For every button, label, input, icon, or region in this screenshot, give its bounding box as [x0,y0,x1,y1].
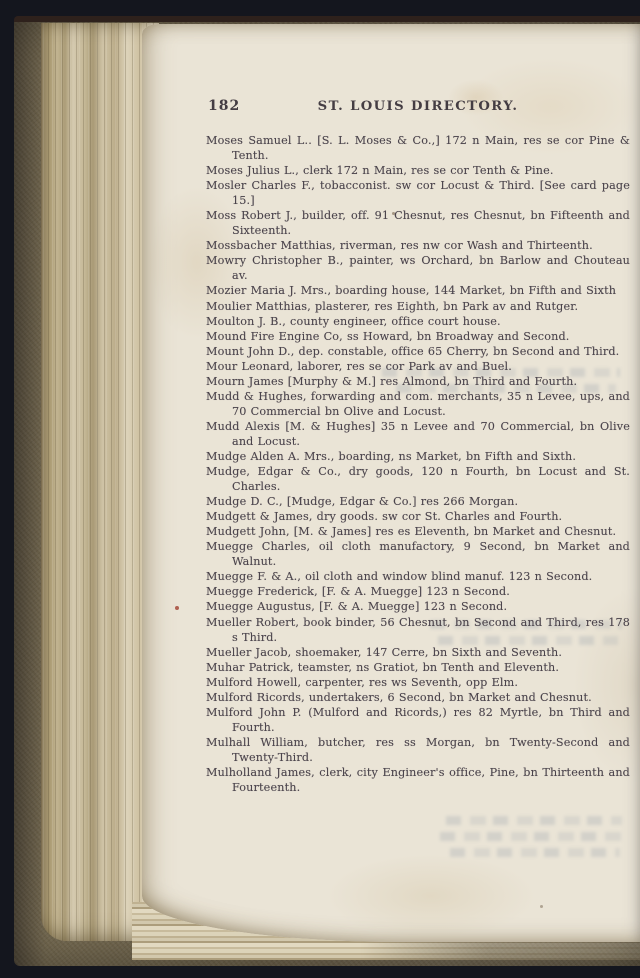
directory-entry: Mulholland James, clerk, city Engineer's… [206,765,630,795]
directory-entry: Moulton J. B., county engineer, office c… [206,314,630,329]
directory-entry: Mudgett John, [M. & James] res es Eleven… [206,524,630,539]
directory-entry: Muegge F. & A., oil cloth and window bli… [206,569,630,584]
directory-entry: Mudd Alexis [M. & Hughes] 35 n Levee and… [206,419,630,449]
show-through-smudge [440,832,622,841]
directory-entry: Mudge D. C., [Mudge, Edgar & Co.] res 26… [206,494,630,509]
directory-entry: Mueller Jacob, shoemaker, 147 Cerre, bn … [206,645,630,660]
paper-speck [175,606,179,610]
directory-entry: Mourn James [Murphy & M.] res Almond, bn… [206,374,630,389]
directory-entries: Moses Samuel L.. [S. L. Moses & Co.,] 17… [206,133,630,795]
directory-entry: Moss Robert J., builder, off. 91 Chesnut… [206,208,630,238]
directory-entry: Mosler Charles F., tobacconist. sw cor L… [206,178,630,208]
page-title: ST. LOUIS DIRECTORY. [318,99,519,114]
directory-entry: Mossbacher Matthias, riverman, res nw co… [206,238,630,253]
directory-entry: Mowry Christopher B., painter, ws Orchar… [206,253,630,283]
directory-entry: Moulier Matthias, plasterer, res Eighth,… [206,299,630,314]
page-header: 182 ST. LOUIS DIRECTORY. [206,98,630,118]
directory-entry: Mulford Howell, carpenter, res ws Sevent… [206,675,630,690]
directory-entry: Mozier Maria J. Mrs., boarding house, 14… [206,283,630,298]
directory-entry: Muegge Frederick, [F. & A. Muegge] 123 n… [206,584,630,599]
paper-speck [540,905,543,908]
directory-entry: Mound Fire Engine Co, ss Howard, bn Broa… [206,329,630,344]
page-number: 182 [208,98,240,114]
directory-entry: Mudd & Hughes, forwarding and com. merch… [206,389,630,419]
directory-entry: Mudgett & James, dry goods. sw cor St. C… [206,509,630,524]
directory-entry: Mulford John P. (Mulford and Ricords,) r… [206,705,630,735]
directory-entry: Mour Leonard, laborer, res se cor Park a… [206,359,630,374]
directory-entry: Mueller Robert, book binder, 56 Chesnut,… [206,615,630,645]
directory-entry: Mulford Ricords, undertakers, 6 Second, … [206,690,630,705]
directory-entry: Mudge Alden A. Mrs., boarding, ns Market… [206,449,630,464]
directory-entry: Muegge Charles, oil cloth manufactory, 9… [206,539,630,569]
directory-entry: Moses Samuel L.. [S. L. Moses & Co.,] 17… [206,133,630,163]
printed-page-content: 182 ST. LOUIS DIRECTORY. Moses Samuel L.… [206,98,630,795]
show-through-smudge [450,848,620,857]
show-through-smudge [446,816,622,825]
directory-entry: Muegge Augustus, [F. & A. Muegge] 123 n … [206,599,630,614]
directory-entry: Muhar Patrick, teamster, ns Gratiot, bn … [206,660,630,675]
directory-entry: Mount John D., dep. constable, office 65… [206,344,630,359]
directory-entry: Moses Julius L., clerk 172 n Main, res s… [206,163,630,178]
directory-entry: Mudge, Edgar & Co., dry goods, 120 n Fou… [206,464,630,494]
directory-entry: Mulhall William, butcher, res ss Morgan,… [206,735,630,765]
